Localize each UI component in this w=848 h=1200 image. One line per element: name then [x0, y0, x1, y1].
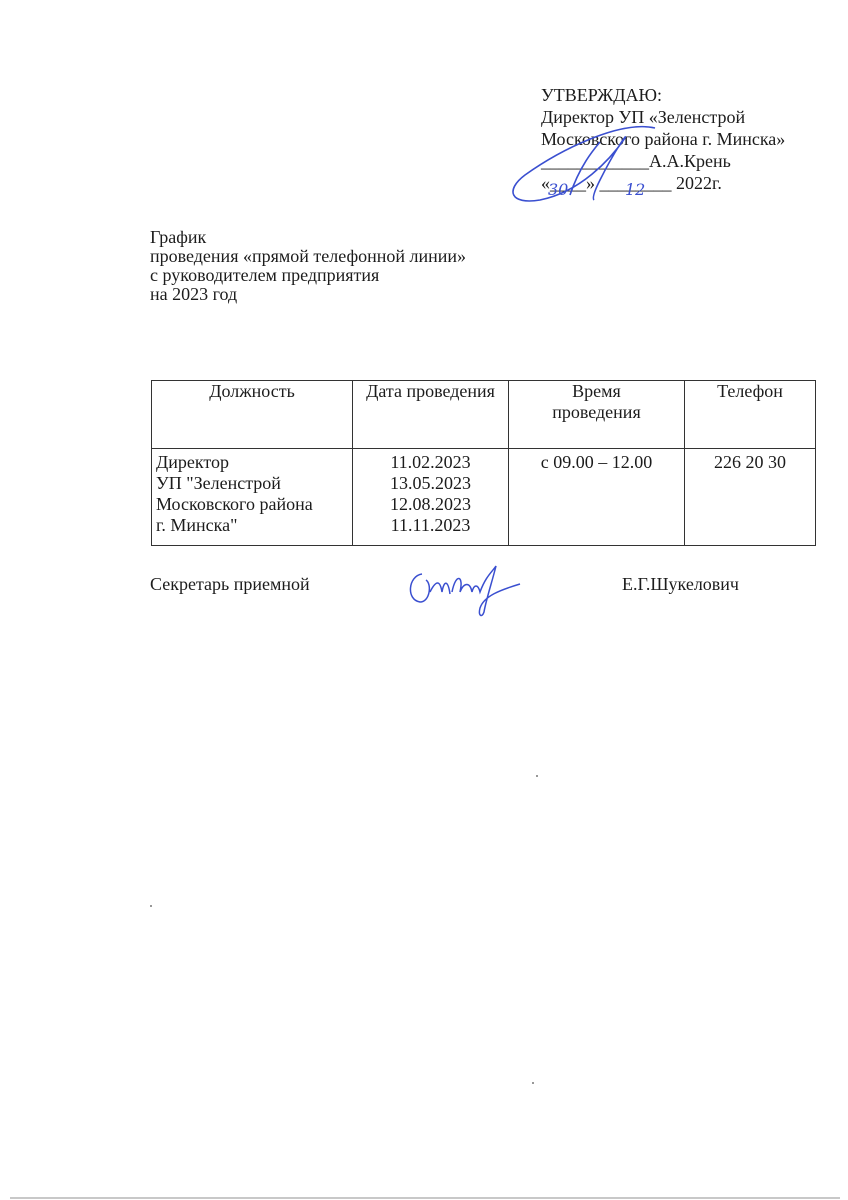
date-value: 12.08.2023 [353, 494, 508, 515]
scan-speck [150, 905, 152, 907]
header-phone: Телефон [685, 381, 816, 449]
date-value: 13.05.2023 [353, 473, 508, 494]
header-time: Время проведения [509, 381, 685, 449]
header-time-text: Время проведения [542, 381, 652, 423]
header-position: Должность [152, 381, 353, 449]
director-signature-icon: 30 12 [500, 120, 670, 215]
date-value: 11.02.2023 [353, 452, 508, 473]
position-line: Московского района [156, 494, 352, 515]
scan-edge-line [10, 1197, 840, 1199]
scan-speck [532, 1082, 534, 1084]
approval-heading: УТВЕРЖДАЮ: [541, 84, 785, 106]
title-line-1: График [150, 228, 466, 247]
position-line: УП "Зеленстрой [156, 473, 352, 494]
cell-dates: 11.02.2023 13.05.2023 12.08.2023 11.11.2… [353, 449, 509, 546]
title-line-4: на 2023 год [150, 285, 466, 304]
cell-position: Директор УП "Зеленстрой Московского райо… [152, 449, 353, 546]
secretary-signature-icon [400, 562, 530, 620]
cell-phone: 226 20 30 [685, 449, 816, 546]
schedule-table: Должность Дата проведения Время проведен… [151, 380, 816, 546]
document-title: График проведения «прямой телефонной лин… [150, 228, 466, 304]
table-header-row: Должность Дата проведения Время проведен… [152, 381, 816, 449]
svg-text:30: 30 [548, 180, 568, 199]
position-line: Директор [156, 452, 352, 473]
cell-time: с 09.00 – 12.00 [509, 449, 685, 546]
position-line: г. Минска" [156, 515, 352, 536]
svg-text:12: 12 [625, 180, 645, 199]
title-line-3: с руководителем предприятия [150, 266, 466, 285]
date-value: 11.11.2023 [353, 515, 508, 536]
header-date: Дата проведения [353, 381, 509, 449]
table-row: Директор УП "Зеленстрой Московского райо… [152, 449, 816, 546]
scan-speck [536, 775, 538, 777]
title-line-2: проведения «прямой телефонной линии» [150, 247, 466, 266]
secretary-name: Е.Г.Шукелович [622, 574, 739, 595]
secretary-role: Секретарь приемной [150, 574, 310, 595]
